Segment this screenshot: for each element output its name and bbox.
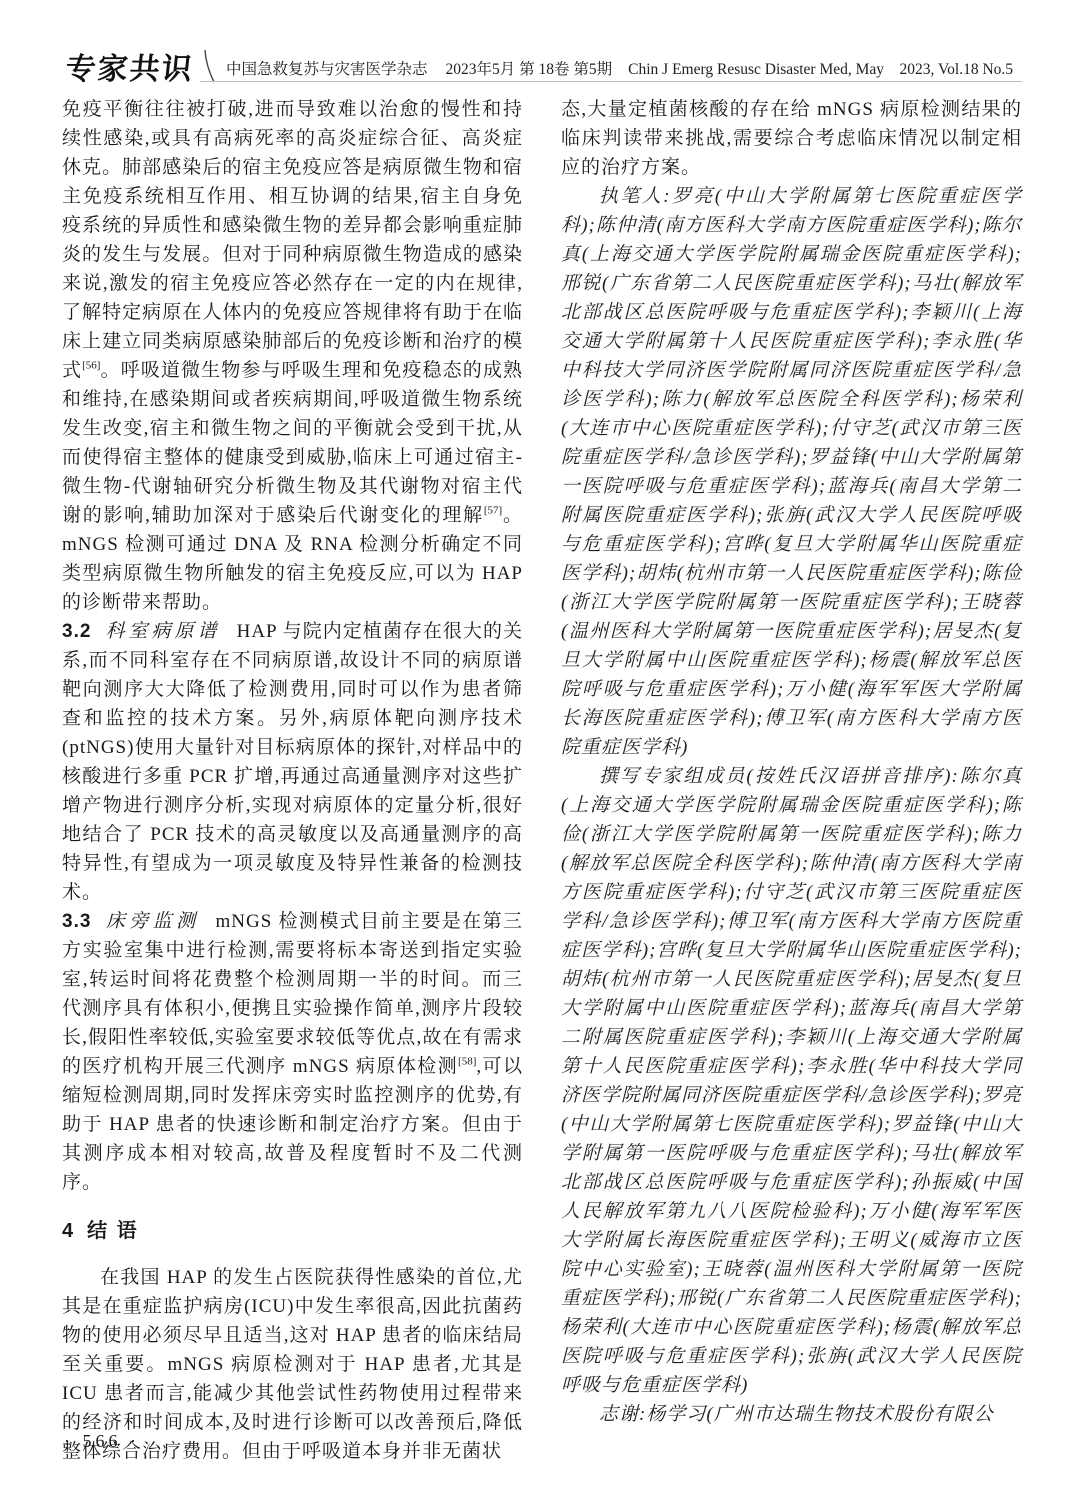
left-column: 免疫平衡往往被打破,进而导致难以治愈的慢性和持续性感染,或具有高病死率的高炎症综…	[62, 95, 523, 1466]
page-number: · 566 ·	[64, 1431, 140, 1452]
citation-ref-57: [57]	[484, 505, 502, 517]
authors-label: 执笔人:	[599, 186, 671, 207]
article-body: 免疫平衡往往被打破,进而导致难以治愈的慢性和持续性感染,或具有高病死率的高炎症综…	[62, 95, 1022, 1466]
section-title: 结 语	[87, 1220, 139, 1242]
header-rule	[200, 81, 1022, 82]
authors-paragraph: 执笔人:罗亮(中山大学附属第七医院重症医学科);陈仲清(南方医科大学南方医院重症…	[561, 182, 1022, 762]
paragraph-continued: 态,大量定植菌核酸的存在给 mNGS 病原检测结果的临床判读带来挑战,需要综合考…	[561, 95, 1022, 182]
acknowledgement-text: 杨学习(广州市达瑞生物技术股份有限公	[646, 1404, 993, 1425]
journal-info-line: 中国急救复苏与灾害医学杂志2023年5月 第 18卷 第5期Chin J Eme…	[226, 53, 1013, 79]
section-number: 4	[62, 1220, 75, 1242]
acknowledgement-paragraph: 志谢:杨学习(广州市达瑞生物技术股份有限公	[561, 1400, 1022, 1429]
separator-curve-icon	[202, 48, 216, 84]
authors-list: 罗亮(中山大学附属第七医院重症医学科);陈仲清(南方医科大学南方医院重症医学科)…	[561, 186, 1022, 758]
text-run: 态,大量定植菌核酸的存在给 mNGS 病原检测结果的临床判读带来挑战,需要综合考…	[561, 99, 1022, 178]
journal-title-en: Chin J Emerg Resusc Disaster Med, May 20…	[628, 61, 1013, 78]
expert-group-paragraph: 撰写专家组成员(按姓氏汉语拼音排序):陈尔真(上海交通大学医学院附属瑞金医院重症…	[561, 762, 1022, 1400]
citation-ref-56: [56]	[82, 360, 100, 372]
text-run: HAP 与院内定植菌存在很大的关系,而不同科室存在不同病原谱,故设计不同的病原谱…	[62, 621, 523, 903]
section-title: 床旁监测	[105, 911, 199, 932]
expert-group-label: 撰写专家组成员(按姓氏汉语拼音排序):	[599, 766, 959, 787]
journal-title-cn: 中国急救复苏与灾害医学杂志	[226, 61, 428, 78]
section-3-3-paragraph: 3.3床旁监测mNGS 检测模式目前主要是在第三方实验室集中进行检测,需要将标本…	[62, 907, 523, 1197]
citation-ref-58: [58]	[458, 1056, 476, 1068]
section-number: 3.3	[62, 911, 91, 932]
section-number: 3.2	[62, 621, 91, 642]
section-title: 科室病原谱	[105, 621, 220, 642]
right-column: 态,大量定植菌核酸的存在给 mNGS 病原检测结果的临床判读带来挑战,需要综合考…	[561, 95, 1022, 1466]
expert-group-list: 陈尔真(上海交通大学医学院附属瑞金医院重症医学科);陈俭(浙江大学医学院附属第一…	[561, 766, 1022, 1396]
text-run: mNGS 检测模式目前主要是在第三方实验室集中进行检测,需要将标本寄送到指定实验…	[62, 911, 523, 1077]
page-number-text: · 566 ·	[64, 1431, 140, 1451]
column-logo: 专家共识	[64, 44, 197, 88]
paragraph-immune-response: 免疫平衡往往被打破,进而导致难以治愈的慢性和持续性感染,或具有高病死率的高炎症综…	[62, 95, 523, 617]
issue-info: 2023年5月 第 18卷 第5期	[446, 61, 613, 78]
text-run: 。呼吸道微生物参与呼吸生理和免疫稳态的成熟和维持,在感染期间或者疾病期间,呼吸道…	[62, 360, 523, 526]
section-3-2-paragraph: 3.2科室病原谱HAP 与院内定植菌存在很大的关系,而不同科室存在不同病原谱,故…	[62, 617, 523, 907]
text-run: 免疫平衡往往被打破,进而导致难以治愈的慢性和持续性感染,或具有高病死率的高炎症综…	[62, 99, 523, 381]
acknowledgement-label: 志谢:	[599, 1404, 646, 1425]
section-4-heading: 4结 语	[62, 1214, 523, 1243]
journal-page: 专家共识 中国急救复苏与灾害医学杂志2023年5月 第 18卷 第5期Chin …	[0, 0, 1080, 1501]
